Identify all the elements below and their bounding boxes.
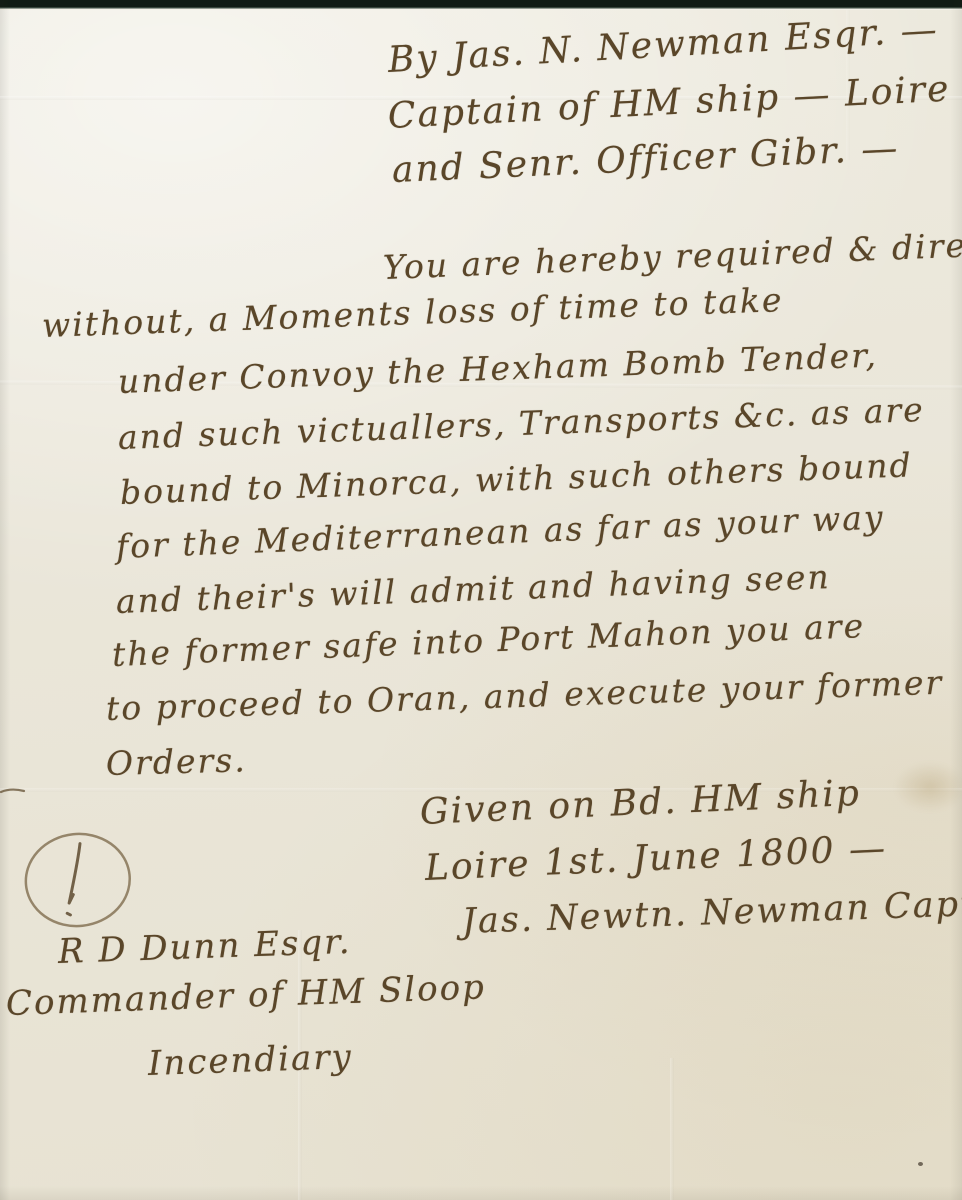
body-line-3: under Convoy the Hexham Bomb Tender, <box>117 335 878 401</box>
body-line-10: Orders. <box>105 740 247 783</box>
fold-crease <box>670 1058 674 1200</box>
body-line-2: without, a Moments loss of time to take <box>41 280 784 345</box>
body-line-9: to proceed to Oran, and execute your for… <box>105 663 943 728</box>
paper-speck <box>918 1162 923 1166</box>
addressee-ship: Incendiary <box>147 1037 353 1084</box>
paper-stain <box>894 762 962 812</box>
header-line-1: By Jas. N. Newman Esqr. — <box>387 9 940 81</box>
circled-docket-mark <box>15 822 142 942</box>
dateline-place: Given on Bd. HM ship <box>419 773 862 833</box>
letter-page: By Jas. N. Newman Esqr. — Captain of HM … <box>0 0 962 1200</box>
page-edge-shade <box>0 1186 962 1200</box>
header-line-3: and Senr. Officer Gibr. — <box>391 128 900 191</box>
scan-top-edge <box>0 0 962 10</box>
page-edge-shade <box>950 0 962 1200</box>
body-line-1: You are hereby required & directed, <box>382 222 962 287</box>
dateline-date: Loire 1st. June 1800 — <box>424 828 888 889</box>
body-line-4: and such victuallers, Transports &c. as … <box>117 390 925 457</box>
signature-line: Jas. Newtn. Newman Capt <box>461 884 962 942</box>
header-line-2: Captain of HM ship — Loire <box>387 69 951 137</box>
ink-edge-mark <box>0 784 26 798</box>
addressee-title: Commander of HM Sloop <box>5 967 486 1024</box>
